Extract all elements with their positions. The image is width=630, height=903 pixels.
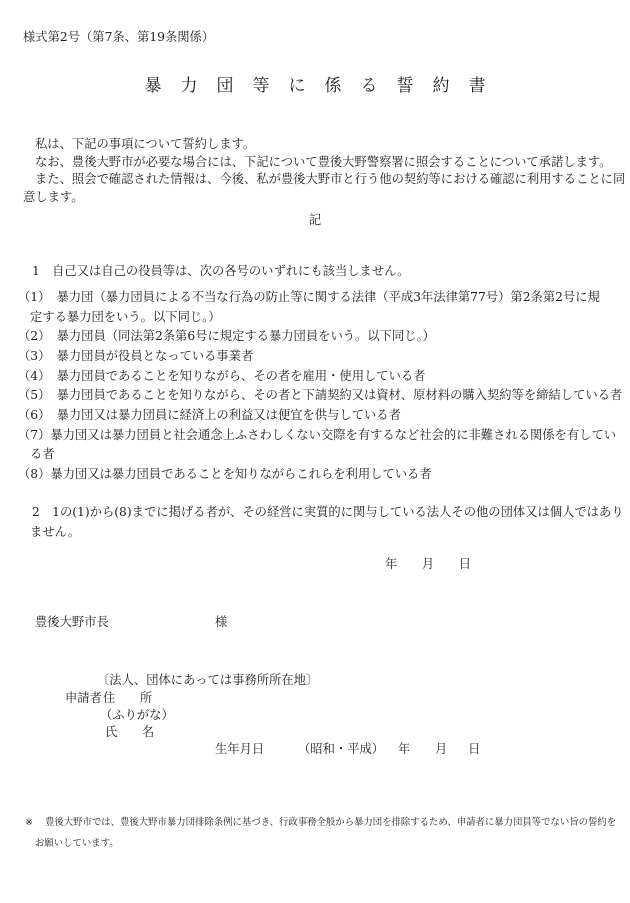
intro-line-1: 私は、下記の事項について誓約します。 <box>23 136 625 154</box>
date-line: 年 月 日 <box>385 558 471 570</box>
day-label: 日 <box>468 743 480 755</box>
applicant-address-row: 申請者 住 所 <box>0 692 630 708</box>
pledge-document-page: 様式第2号（第7条、第19条関係） 暴力団等に係る誓約書 私は、下記の事項につい… <box>0 0 630 903</box>
address-label: 住 所 <box>103 692 152 704</box>
month-label: 月 <box>435 743 447 755</box>
applicant-label: 申請者 <box>65 692 102 704</box>
form-number: 様式第2号（第7条、第19条関係） <box>23 31 214 43</box>
section1-item-1-continuation: 定する暴力団をいう。以下同じ。） <box>0 308 622 328</box>
ki-heading: 記 <box>0 214 630 226</box>
section1-item-6: （6） 暴力団又は暴力団員に経済上の利益又は便宜を供与している者 <box>0 406 622 426</box>
section2: 2 1の(1)から(8)までに掲げる者が、その経営に実質的に関与している法人その… <box>0 503 624 542</box>
footnote-row: ※ 豊後大野市では、豊後大野市暴力団排除条例に基づき、行政事務全般から暴力団を排… <box>0 818 630 832</box>
corporate-address-note: 〔法人、団体にあっては事務所所在地〕 <box>97 674 318 686</box>
section1-item-7: （7）暴力団又は暴力団員と社会通念上ふさわしくない交際を有するなど社会的に非難さ… <box>0 426 622 446</box>
birthdate-label: 生年月日 <box>215 743 264 755</box>
addressee-name: 豊後大野市長 <box>35 616 109 628</box>
section2-line-2: ません。 <box>0 523 624 543</box>
footnote-marker: ※ <box>25 818 33 827</box>
section2-line-1: 2 1の(1)から(8)までに掲げる者が、その経営に実質的に関与している法人その… <box>0 503 624 523</box>
footnote-line-1: 豊後大野市では、豊後大野市暴力団排除条例に基づき、行政事務全般から暴力団を排除す… <box>45 818 616 827</box>
section1-list: （1） 暴力団（暴力団員による不当な行為の防止等に関する法律（平成3年法律第77… <box>0 288 622 485</box>
furigana-label: （ふりがな） <box>100 709 174 721</box>
section1-item-7-continuation: る者 <box>0 445 622 465</box>
addressee-honorific: 様 <box>215 616 227 628</box>
era-label: （昭和・平成） <box>298 743 384 755</box>
intro-line-4: 意します。 <box>23 189 625 207</box>
section1-heading: 1 自己又は自己の役員等は、次の各号のいずれにも該当しません。 <box>32 265 409 277</box>
addressee-row: 豊後大野市長 様 <box>0 616 630 632</box>
section1-item-1: （1） 暴力団（暴力団員による不当な行為の防止等に関する法律（平成3年法律第77… <box>0 288 622 308</box>
intro-line-3: また、照会で確認された情報は、今後、私が豊後大野市と行う他の契約等における確認に… <box>23 171 625 189</box>
intro-line-2: なお、豊後大野市が必要な場合には、下記について豊後大野警察署に照会することについ… <box>23 154 625 172</box>
section1-item-5: （5） 暴力団員であることを知りながら、その者と下請契約又は資材、原材料の購入契… <box>0 386 622 406</box>
year-label: 年 <box>398 743 410 755</box>
section1-item-2: （2） 暴力団員（同法第2条第6号に規定する暴力団員をいう。以下同じ。） <box>0 327 622 347</box>
section1-item-4: （4） 暴力団員であることを知りながら、その者を雇用・使用している者 <box>0 367 622 387</box>
footnote-line-2: お願いしています。 <box>35 839 119 848</box>
section1-item-8: （8）暴力団又は暴力団員であることを知りながらこれらを利用している者 <box>0 465 622 485</box>
name-label: 氏 名 <box>105 726 154 738</box>
document-title: 暴力団等に係る誓約書 <box>0 78 630 95</box>
birthdate-row: 生年月日 （昭和・平成） 年 月 日 <box>0 743 630 759</box>
intro-paragraph: 私は、下記の事項について誓約します。 なお、豊後大野市が必要な場合には、下記につ… <box>23 136 625 206</box>
section1-item-3: （3） 暴力団員が役員となっている事業者 <box>0 347 622 367</box>
